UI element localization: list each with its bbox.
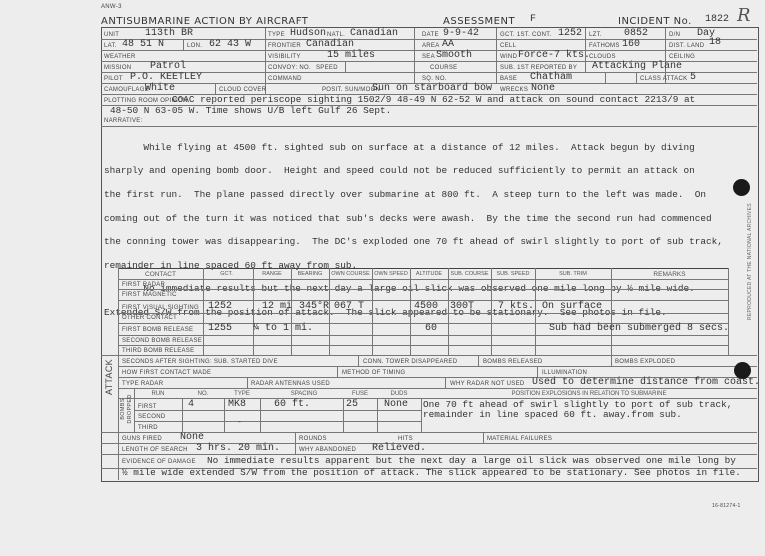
plotting-line-2: 48-50 N 63-05 W. Time shows U/B left Gul…: [110, 105, 391, 116]
visual-range: 12 mi: [262, 301, 292, 312]
type-radar-label: Type Radar: [122, 381, 163, 387]
guns-fired-label: Guns Fired: [122, 436, 162, 442]
col-own-speed: Own Speed: [372, 271, 410, 277]
nationality-label: Natl.: [327, 32, 345, 38]
form-title: ANTISUBMARINE ACTION BY AIRCRAFT: [101, 16, 308, 27]
narrative-line: the conning tower was disappearing. The …: [104, 236, 723, 248]
class-attack-value: 5: [690, 72, 696, 83]
bombs-col-duds: Duds: [377, 391, 421, 397]
bombs-dropped-side-label: Bombs Dropped: [120, 390, 134, 428]
sea-label: Sea: [422, 54, 435, 60]
visual-gct: 1252: [208, 301, 232, 312]
lzt-label: LZT.: [589, 32, 602, 38]
narrative-line: coming out of the turn it was noticed th…: [104, 213, 723, 225]
binder-hole-icon: [733, 179, 750, 196]
ceiling-label: Ceiling: [669, 54, 695, 60]
wrecks-label: Wrecks: [500, 87, 528, 93]
bomb-number: 4: [188, 399, 194, 410]
length-search-value: 3 hrs. 20 min.: [196, 443, 280, 454]
contact-row-first-magnetic: First Magnetic: [122, 292, 177, 298]
gct-value: 1252: [558, 28, 582, 39]
gct-label: GCT. 1st. Cont.: [500, 32, 552, 38]
col-altitude: Altitude: [410, 271, 448, 277]
col-range: Range: [253, 271, 291, 277]
guns-fired-value: None: [180, 432, 204, 443]
camouflage-label: Camouflage: [104, 87, 149, 93]
visual-own-course: 067 T: [334, 301, 364, 312]
handwritten-mark: R: [737, 5, 751, 26]
narrative-line: remainder in line spaced 60 ft away from…: [104, 260, 723, 272]
area-value: AA: [442, 39, 454, 50]
visibility-label: Visibility: [268, 54, 301, 60]
archive-stamp: REPRODUCED AT THE NATIONAL ARCHIVES: [747, 203, 753, 320]
dist-land-label: Dist. Land: [669, 43, 704, 49]
type-label: Type: [268, 32, 285, 38]
contact-row-first-radar: First Radar: [122, 282, 165, 288]
rounds-label: Rounds: [299, 436, 327, 442]
narrative-line: the first run. The plane passed directly…: [104, 189, 723, 201]
base-value: Chatham: [530, 72, 572, 83]
pilot-label: Pilot: [104, 76, 123, 82]
incident-label: INCIDENT No.: [618, 16, 692, 27]
bomb1-remarks: Sub had been submerged 8 secs.: [549, 323, 729, 334]
why-abandoned-label: Why Abandoned: [299, 447, 356, 453]
footer-code: 16-81274-1: [712, 503, 741, 509]
evidence-label: Evidence of Damage: [122, 459, 196, 465]
bombs-col-run: Run: [134, 391, 182, 397]
frontier-value: Canadian: [306, 39, 354, 50]
bomb1-altitude: 60: [425, 323, 437, 334]
area-label: Area: [422, 43, 440, 49]
frontier-label: Frontier: [268, 43, 301, 49]
visual-sub-speed: 7 kts.: [498, 301, 534, 312]
lon-value: 62 43 W: [209, 39, 251, 50]
sub-reported-label: Sub. 1st Reported By: [500, 65, 577, 71]
bomb1-range: ¼ to 1 mi.: [253, 323, 313, 334]
bomb-spacing: 60 ft.: [274, 399, 310, 410]
material-failures-label: Material Failures: [487, 436, 552, 442]
cloud-cover-label: Cloud Cover: [219, 87, 266, 93]
bomb-type: MK8: [228, 399, 246, 410]
narrative-label: Narrative:: [104, 118, 143, 124]
contact-row-third-bomb: Third Bomb Release: [122, 348, 194, 354]
bomb-duds: None: [384, 399, 408, 410]
run-third: Third: [138, 425, 158, 431]
visual-sub-course: 300T: [450, 301, 474, 312]
binder-hole-icon: [734, 362, 751, 379]
fathoms-label: Fathoms: [589, 43, 620, 49]
illumination-label: Illumination: [542, 370, 587, 376]
course-label: Course: [430, 65, 457, 71]
col-remarks: Remarks: [611, 271, 728, 278]
how-first-contact-label: How First Contact Made: [122, 370, 211, 376]
col-sub-trim: Sub. Trim: [535, 271, 611, 277]
lzt-value: 0852: [624, 28, 648, 39]
col-own-course: Own Course: [329, 271, 372, 277]
evidence-line-1: No immediate results apparent but the ne…: [207, 455, 736, 466]
mission-label: Mission: [104, 65, 131, 71]
contact-row-other: Other Contact: [122, 315, 177, 321]
sq-no-label: Sq. No.: [422, 76, 447, 82]
method-timing-label: Method of Timing: [342, 370, 405, 376]
wrecks-value: None: [531, 83, 555, 94]
bombs-exploded-label: Bombs Exploded: [615, 359, 675, 365]
sub-reported-value: Attacking Plane: [592, 61, 682, 72]
command-label: Command: [268, 76, 302, 82]
col-sub-course: Sub. Course: [448, 271, 491, 277]
contact-row-first-bomb: First Bomb Release: [122, 327, 193, 333]
nationality-value: Canadian: [350, 28, 398, 39]
incident-number: 1822: [705, 14, 729, 25]
radar-antennas-label: Radar Antennas Used: [251, 381, 330, 387]
base-label: Base: [500, 76, 517, 82]
col-gct: GCT.: [203, 271, 250, 277]
bomb1-gct: 1255: [208, 323, 232, 334]
col-bearing: Bearing: [291, 271, 329, 277]
why-abandoned-value: Relieved.: [372, 443, 426, 454]
speed-label: Speed: [316, 65, 338, 71]
form-code: ANW-3: [101, 4, 122, 10]
col-sub-speed: Sub. Speed: [491, 271, 535, 277]
visibility-value: 15 miles: [327, 50, 375, 61]
bombs-col-fuse: Fuse: [343, 391, 377, 397]
visual-sub-trim: On surface: [542, 301, 602, 312]
narrative-line: While flying at 4500 ft. sighted sub on …: [104, 142, 723, 154]
run-second: Second: [138, 414, 165, 420]
seconds-after-label: Seconds After Sighting: Sub. Started Div…: [122, 359, 278, 365]
camouflage-value: White: [145, 83, 175, 94]
bombs-released-label: Bombs Released: [483, 359, 543, 365]
unit-value: 113th BR: [145, 28, 193, 39]
contact-row-first-visual: First Visual Sighting: [122, 305, 199, 311]
contact-row-second-bomb: Second Bomb Release: [122, 338, 202, 344]
visual-bearing: 345°R: [299, 301, 329, 312]
position-line-2: remainder in line spaced 60 ft. away.fro…: [423, 409, 682, 420]
bombs-col-no: No.: [182, 391, 224, 397]
date-label: Date: [422, 32, 439, 38]
conn-tower-label: Conn. Tower Disappeared: [363, 359, 457, 365]
assessment-value: F: [530, 14, 536, 25]
hits-label: Hits: [398, 436, 413, 442]
bombs-col-type: Type: [224, 391, 260, 397]
convoy-label: Convoy: No.: [268, 65, 311, 71]
pilot-value: P.O. KEETLEY: [130, 72, 202, 83]
unit-label: Unit: [104, 32, 119, 38]
lon-label: Lon.: [187, 43, 202, 49]
day-night-label: D/N: [669, 32, 680, 38]
bombs-col-position: Position Explosions in Relation to Subma…: [421, 391, 757, 397]
cell-label: Cell: [500, 43, 516, 49]
posit-sun-value: Sun on starboard bow: [372, 83, 492, 94]
length-search-label: Length of Search: [122, 447, 188, 453]
why-radar-label: Why Radar Not Used: [450, 381, 525, 387]
evidence-line-2: ½ mile wide extended S/W from the positi…: [122, 467, 741, 478]
class-attack-label: Class Attack: [640, 76, 687, 82]
lat-value: 48 51 N: [122, 39, 164, 50]
fathoms-value: 160: [622, 39, 640, 50]
plotting-line-1: COAC reported periscope sighting 1502/9 …: [172, 94, 695, 105]
mission-value: Patrol: [150, 61, 186, 72]
col-contact: Contact: [118, 271, 203, 278]
wind-label: Wind: [500, 54, 517, 60]
wind-value: Force-7 kts.: [518, 50, 590, 61]
narrative-line: sharply and opening bomb door. Height an…: [104, 165, 723, 177]
third-type: -: [237, 418, 242, 427]
date-value: 9-9-42: [443, 28, 479, 39]
type-value: Hudson: [290, 28, 326, 39]
visual-altitude: 4500: [414, 301, 438, 312]
dist-land-value: 18: [709, 37, 721, 48]
attack-side-label: ATTACK: [104, 359, 114, 395]
bomb-fuse: 25: [346, 399, 358, 410]
sea-value: Smooth: [436, 50, 472, 61]
run-first: First: [138, 404, 157, 410]
assessment-label: ASSESSMENT: [443, 16, 515, 27]
why-radar-value: Used to determine distance from coast.: [532, 377, 760, 388]
lat-label: Lat.: [104, 43, 117, 49]
weather-label: Weather: [104, 54, 136, 60]
clouds-label: Clouds: [589, 54, 616, 60]
bombs-col-spacing: Spacing: [260, 391, 348, 397]
